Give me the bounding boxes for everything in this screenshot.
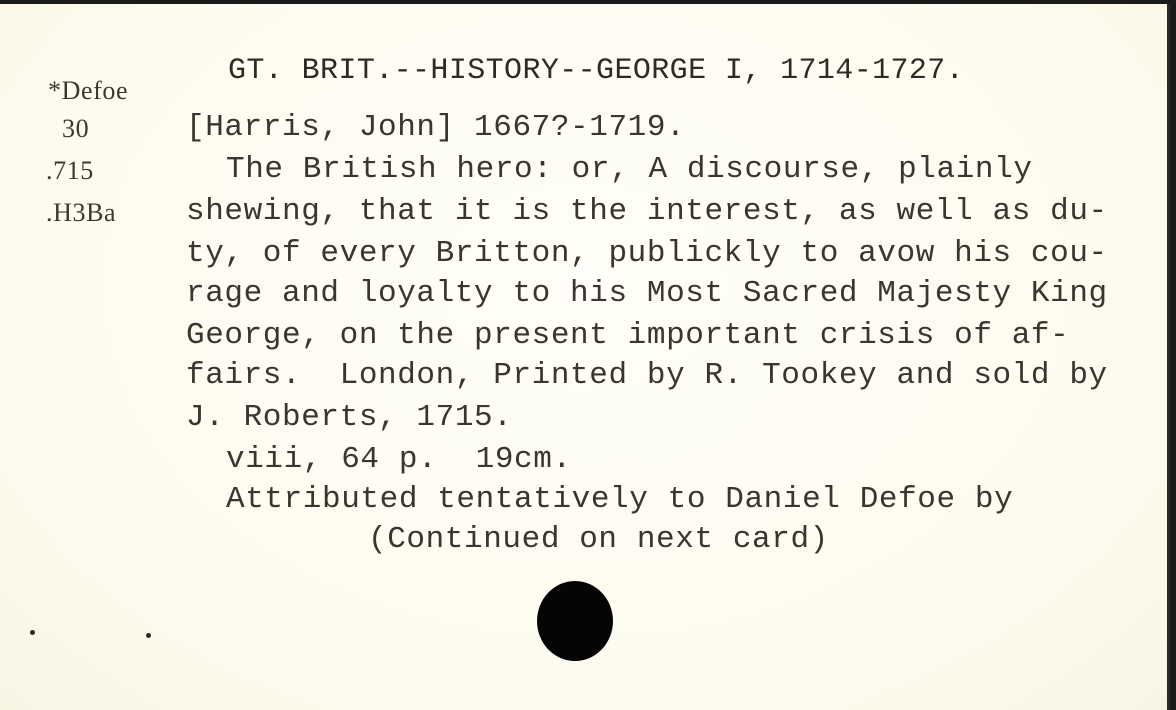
call-number-line-3: .715	[46, 158, 94, 184]
call-number-line-1: *Defoe	[48, 78, 128, 104]
call-number-line-4: .H3Ba	[46, 200, 116, 226]
imprint-line-2: J. Roberts, 1715.	[186, 402, 512, 433]
ink-speck	[146, 633, 151, 638]
subject-heading: GT. BRIT.--HISTORY--GEORGE I, 1714-1727.	[228, 56, 964, 86]
title-line-5: George, on the present important crisis …	[186, 320, 1069, 351]
imprint-line-1: fairs. London, Printed by R. Tookey and …	[186, 360, 1108, 391]
title-line-1: The British hero: or, A discourse, plain…	[226, 154, 1033, 185]
author-heading: [Harris, John] 1667?-1719.	[186, 112, 685, 143]
title-line-4: rage and loyalty to his Most Sacred Maje…	[186, 278, 1108, 309]
title-line-2: shewing, that it is the interest, as wel…	[186, 196, 1108, 227]
attribution-note: Attributed tentatively to Daniel Defoe b…	[226, 484, 1013, 515]
continuation-note: (Continued on next card)	[368, 524, 829, 555]
title-line-3: ty, of every Britton, publickly to avow …	[186, 238, 1108, 269]
ink-speck	[30, 630, 35, 635]
catalog-card: *Defoe 30 .715 .H3Ba GT. BRIT.--HISTORY-…	[0, 4, 1170, 710]
collation: viii, 64 p. 19cm.	[226, 444, 572, 475]
punch-hole	[537, 581, 613, 661]
call-number-line-2: 30	[62, 116, 89, 142]
